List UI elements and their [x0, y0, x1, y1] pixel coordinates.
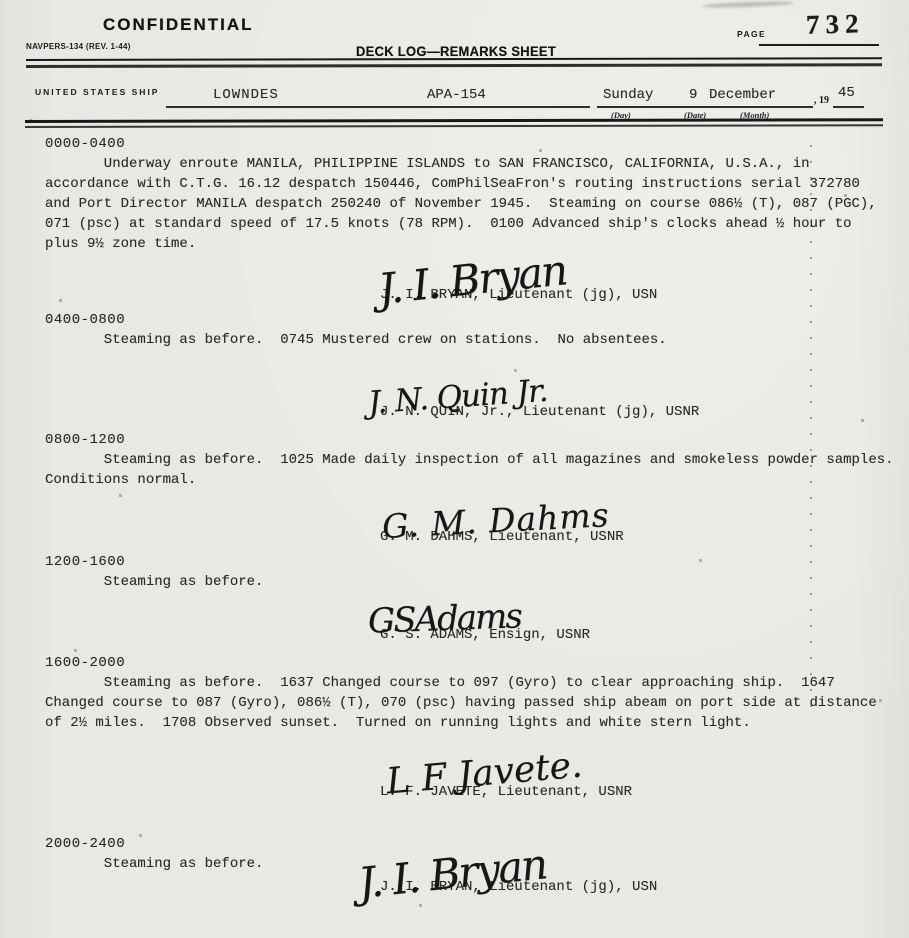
log-entry: 1200-1600 Steaming as before. GSAdams G.…	[45, 552, 890, 645]
scan-specks	[0, 0, 1, 1]
log-entry: 0400-0800 Steaming as before. 0745 Muste…	[45, 310, 890, 422]
log-entry: 1600-2000 Steaming as before. 1637 Chang…	[45, 653, 890, 802]
entry-text: Steaming as before. 0745 Mustered crew o…	[45, 330, 890, 350]
day-value: Sunday	[603, 87, 653, 103]
watch-period: 0400-0800	[45, 310, 890, 330]
scan-smudge	[702, 0, 794, 8]
entry-text-line: Changed course to 087 (Gyro), 086½ (T), …	[45, 693, 890, 713]
signature-block: J. I. Bryan J. I. BRYAN, Lieutenant (jg)…	[380, 877, 657, 897]
year-underline	[833, 106, 864, 108]
handwritten-signature: GSAdams	[367, 599, 521, 638]
signature-block: J. I. Bryan J. I. BRYAN, Lieutenant (jg)…	[380, 285, 657, 305]
year-prefix-label: , 19	[814, 95, 829, 106]
signature-block: L F Javete. L. F. JAVETE, Lieutenant, US…	[380, 782, 632, 802]
header-rule-top	[26, 57, 882, 61]
entry-text-line: Steaming as before. 1637 Changed course …	[45, 673, 890, 693]
hull-number-value: APA-154	[427, 87, 486, 103]
month-value: December	[709, 87, 776, 103]
entry-text-line: 071 (psc) at standard speed of 17.5 knot…	[45, 214, 890, 234]
ship-name-value: LOWNDES	[213, 87, 279, 103]
entry-text-line: Conditions normal.	[45, 470, 890, 490]
ship-line-rule-bottom	[25, 124, 883, 127]
page-label: PAGE	[737, 29, 766, 39]
log-entry: 0800-1200 Steaming as before. 1025 Made …	[45, 430, 890, 547]
entry-text: Steaming as before.	[45, 572, 890, 592]
deck-log-page: CONFIDENTIAL PAGE 732 NAVPERS-134 (REV. …	[0, 0, 909, 938]
ship-name-underline	[166, 106, 590, 108]
entry-text-line: Steaming as before. 0745 Mustered crew o…	[45, 330, 890, 350]
classification-stamp: CONFIDENTIAL	[103, 15, 254, 35]
entry-text-line: Steaming as before.	[45, 572, 890, 592]
sheet-title: DECK LOG—REMARKS SHEET	[356, 44, 556, 59]
log-entry: 0000-0400 Underway enroute MANILA, PHILI…	[45, 134, 890, 305]
page-number-underline	[759, 44, 879, 46]
log-entry: 2000-2400 Steaming as before. J. I. Brya…	[45, 834, 890, 897]
entry-text: Underway enroute MANILA, PHILIPPINE ISLA…	[45, 154, 890, 254]
entry-text-line: and Port Director MANILA despatch 250240…	[45, 194, 890, 214]
entry-text-line: Steaming as before. 1025 Made daily insp…	[45, 450, 890, 470]
entry-text-line: of 2½ miles. 1708 Observed sunset. Turne…	[45, 713, 890, 733]
watch-period: 1200-1600	[45, 552, 890, 572]
watch-period: 1600-2000	[45, 653, 890, 673]
entry-text-line: accordance with C.T.G. 16.12 despatch 15…	[45, 174, 890, 194]
entry-text-line: plus 9½ zone time.	[45, 234, 890, 254]
watch-period: 0800-1200	[45, 430, 890, 450]
year-value: 45	[838, 85, 855, 101]
date-underline	[597, 106, 813, 108]
ship-line-rule-top	[25, 118, 883, 122]
page-number: 732	[806, 8, 865, 41]
date-value: 9	[689, 87, 697, 103]
signature-block: J. N. Quin Jr. J. N. QUIN, Jr., Lieutena…	[380, 402, 699, 422]
signature-block: GSAdams G. S. ADAMS, Ensign, USNR	[380, 625, 590, 645]
entry-text: Steaming as before. 1637 Changed course …	[45, 673, 890, 733]
signature-block: G. M. Dahms G. M. DAHMS, Lieutenant, USN…	[380, 527, 624, 547]
entry-text-line: Underway enroute MANILA, PHILIPPINE ISLA…	[45, 154, 890, 174]
watch-period: 0000-0400	[45, 134, 890, 154]
header-rule-bottom	[26, 63, 882, 67]
entry-text: Steaming as before. 1025 Made daily insp…	[45, 450, 890, 490]
united-states-ship-label: UNITED STATES SHIP	[35, 87, 159, 97]
form-number: NAVPERS-134 (REV. 1-44)	[26, 42, 131, 51]
